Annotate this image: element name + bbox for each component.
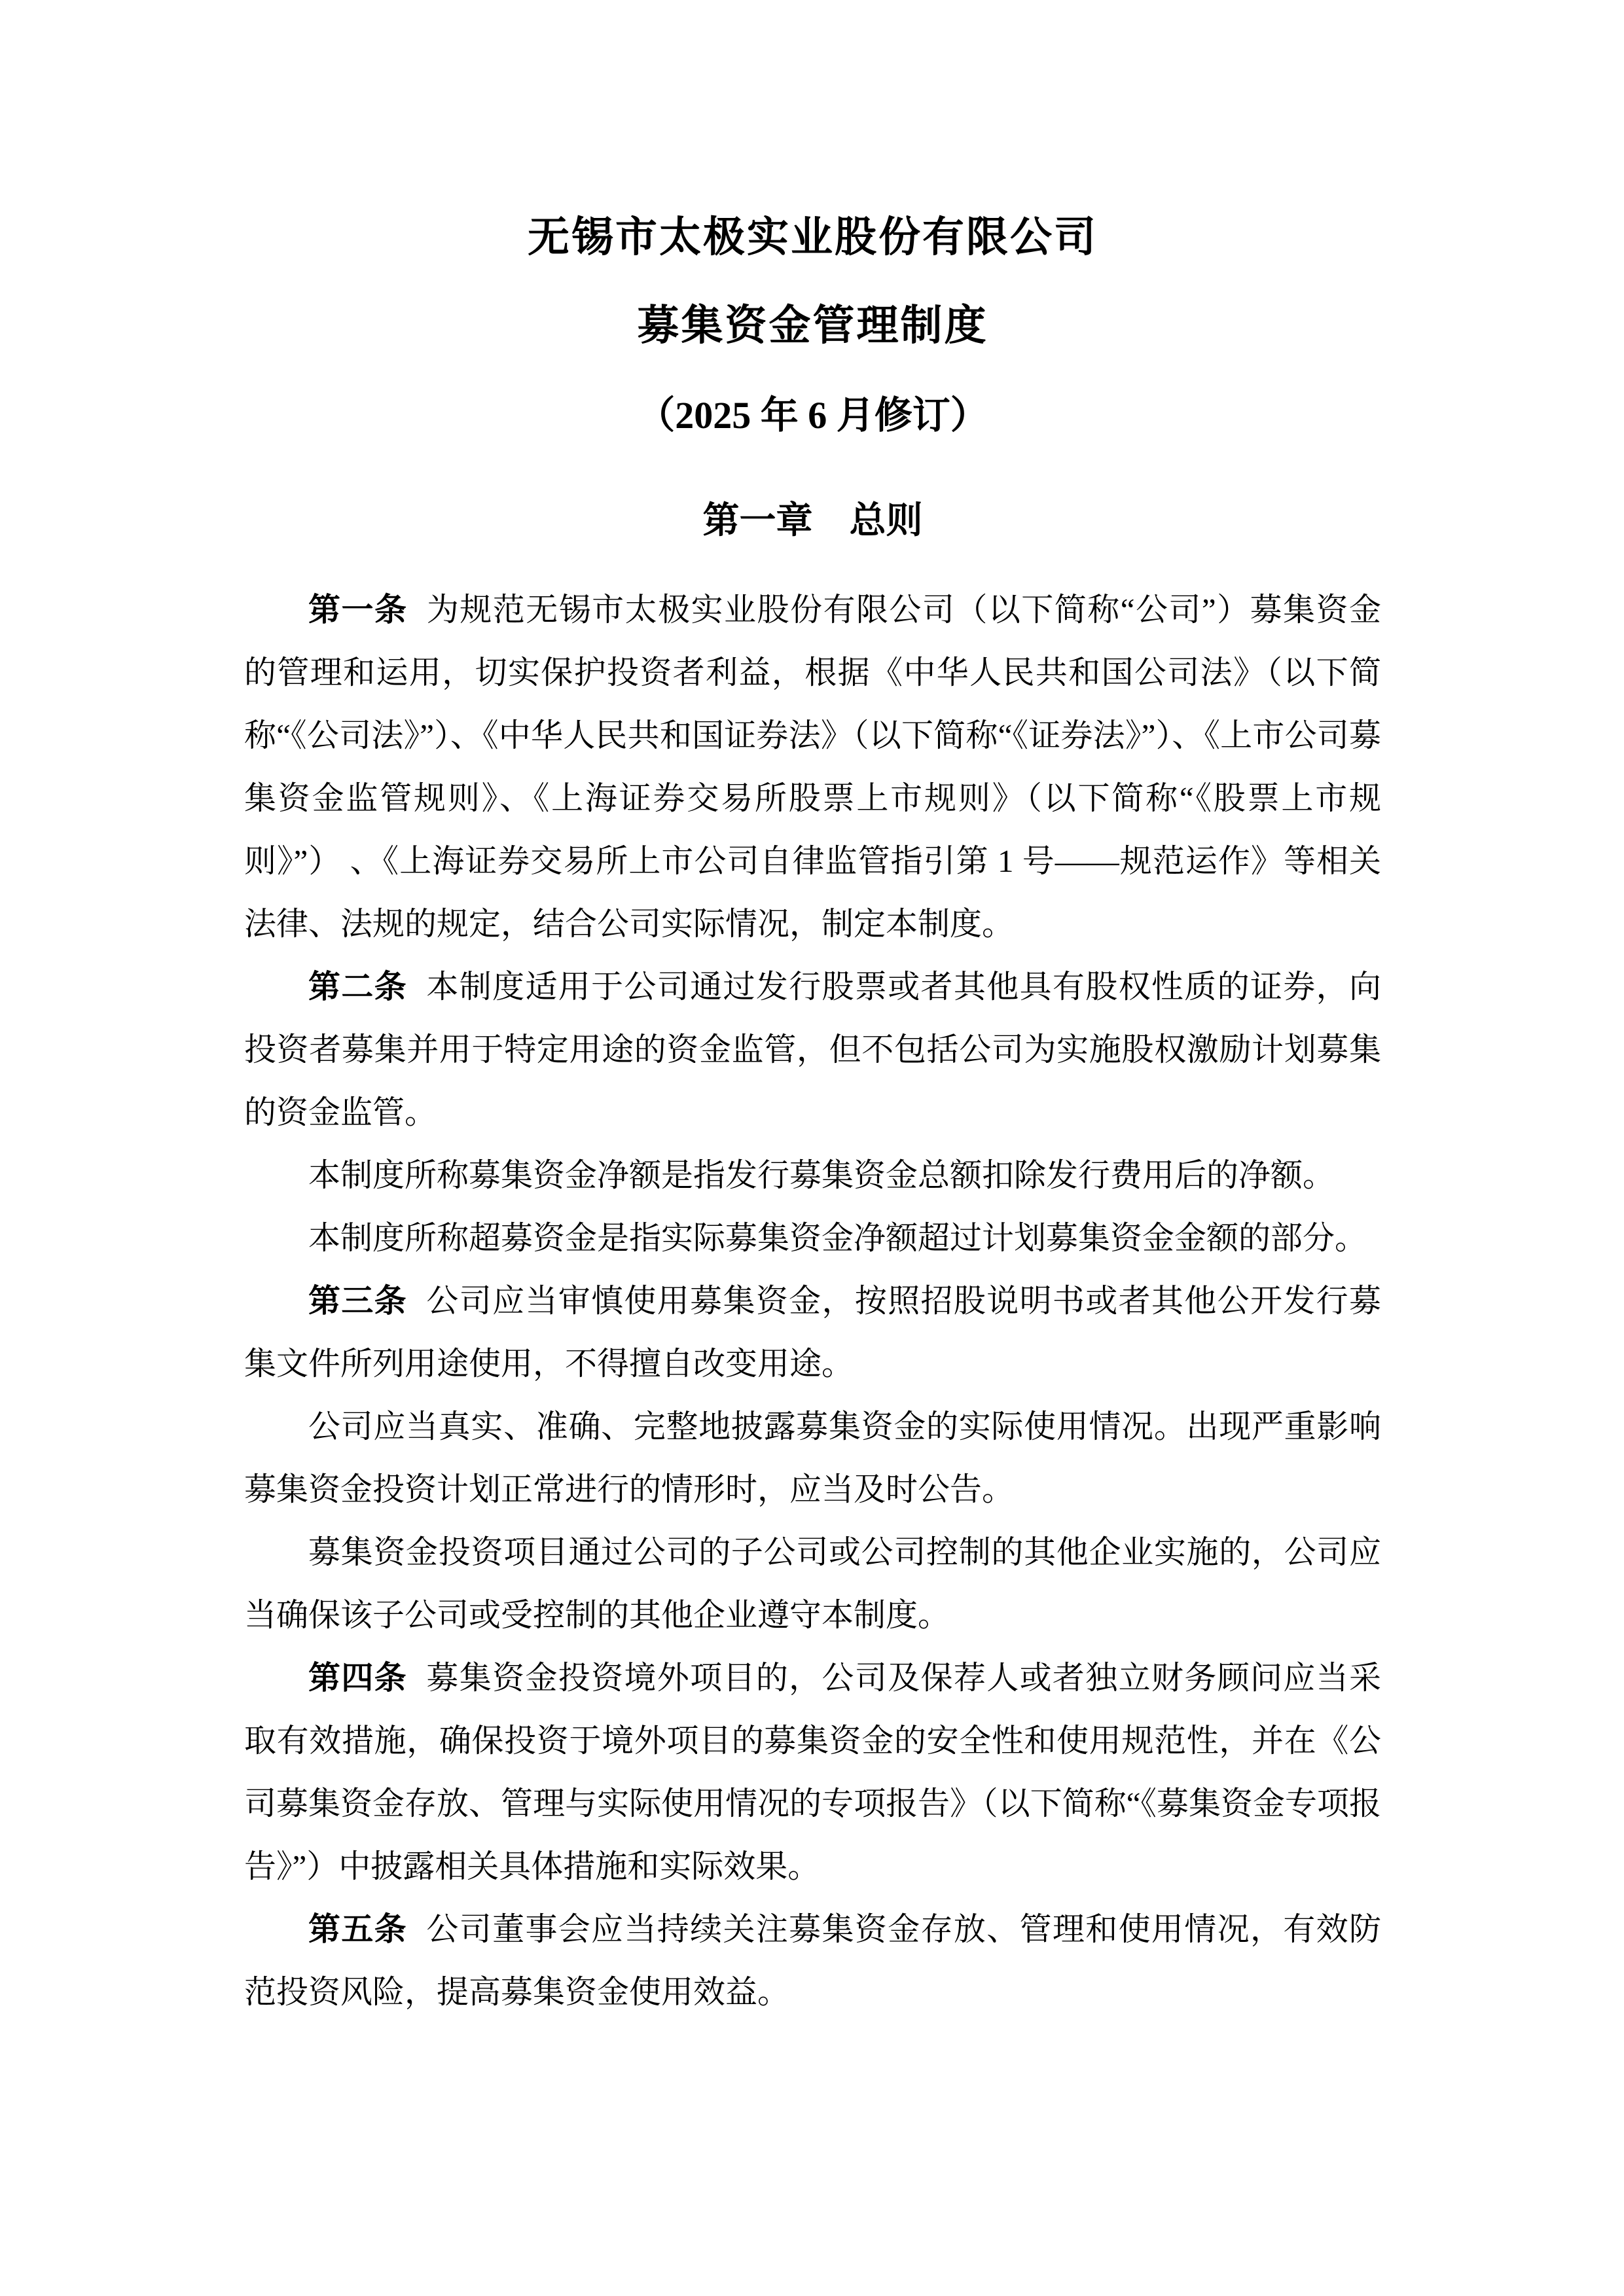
policy-paragraph: 第一条为规范无锡市太极实业股份有限公司（以下简称“公司”）募集资金的管理和运用，… — [244, 579, 1381, 956]
paragraph-text: 募集资金投资项目通过公司的子公司或公司控制的其他企业实施的，公司应当确保该子公司… — [244, 1534, 1381, 1633]
policy-paragraph: 公司应当真实、准确、完整地披露募集资金的实际使用情况。出现严重影响募集资金投资计… — [244, 1395, 1381, 1521]
paragraph-text: 本制度所称超募资金是指实际募集资金净额超过计划募集资金金额的部分。 — [308, 1220, 1367, 1256]
paragraph-text: 公司应当真实、准确、完整地披露募集资金的实际使用情况。出现严重影响募集资金投资计… — [244, 1408, 1381, 1507]
policy-paragraph: 第三条公司应当审慎使用募集资金，按照招股说明书或者其他公开发行募集文件所列用途使… — [244, 1270, 1381, 1395]
document-content: 无锡市太极实业股份有限公司 募集资金管理制度 （2025 年 6 月修订） 第一… — [0, 0, 1624, 2024]
paragraph-text: 公司应当审慎使用募集资金，按照招股说明书或者其他公开发行募集文件所列用途使用，不… — [244, 1283, 1381, 1382]
document-title: 募集资金管理制度 — [244, 304, 1381, 346]
document-body: 第一条为规范无锡市太极实业股份有限公司（以下简称“公司”）募集资金的管理和运用，… — [244, 579, 1381, 2024]
document-page: 无锡市太极实业股份有限公司 募集资金管理制度 （2025 年 6 月修订） 第一… — [0, 0, 1624, 2296]
article-number: 第二条 — [308, 969, 407, 1005]
chapter-heading: 第一章 总则 — [244, 503, 1381, 539]
paragraph-text: 为规范无锡市太极实业股份有限公司（以下简称“公司”）募集资金的管理和运用，切实保… — [244, 592, 1381, 942]
paragraph-text: 募集资金投资境外项目的，公司及保荐人或者独立财务顾问应当采取有效措施，确保投资于… — [244, 1660, 1381, 1884]
article-number: 第一条 — [308, 592, 407, 628]
policy-paragraph: 第二条本制度适用于公司通过发行股票或者其他具有股权性质的证券，向投资者募集并用于… — [244, 956, 1381, 1144]
revision-date: （2025 年 6 月修订） — [244, 397, 1381, 435]
paragraph-text: 本制度所称募集资金净额是指发行募集资金总额扣除发行费用后的净额。 — [308, 1157, 1335, 1193]
policy-paragraph: 募集资金投资项目通过公司的子公司或公司控制的其他企业实施的，公司应当确保该子公司… — [244, 1521, 1381, 1647]
paragraph-text: 本制度适用于公司通过发行股票或者其他具有股权性质的证券，向投资者募集并用于特定用… — [244, 969, 1381, 1130]
policy-paragraph: 第四条募集资金投资境外项目的，公司及保荐人或者独立财务顾问应当采取有效措施，确保… — [244, 1647, 1381, 1898]
article-number: 第三条 — [308, 1283, 407, 1319]
article-number: 第五条 — [308, 1911, 407, 1947]
policy-paragraph: 本制度所称超募资金是指实际募集资金净额超过计划募集资金金额的部分。 — [244, 1207, 1381, 1270]
policy-paragraph: 第五条公司董事会应当持续关注募集资金存放、管理和使用情况，有效防范投资风险，提高… — [244, 1898, 1381, 2024]
policy-paragraph: 本制度所称募集资金净额是指发行募集资金总额扣除发行费用后的净额。 — [244, 1144, 1381, 1207]
company-name-title: 无锡市太极实业股份有限公司 — [244, 216, 1381, 258]
paragraph-text: 公司董事会应当持续关注募集资金存放、管理和使用情况，有效防范投资风险，提高募集资… — [244, 1911, 1381, 2010]
article-number: 第四条 — [308, 1660, 407, 1696]
